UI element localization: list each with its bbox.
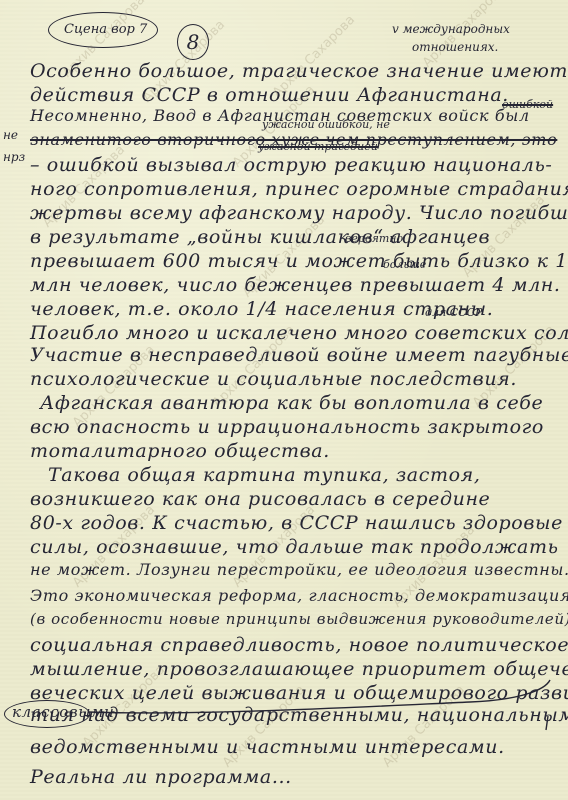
text-line: всю опасность и иррациональность закрыто… [30,418,544,437]
text-line: Участие в несправедливой войне имеет паг… [30,346,568,365]
text-line: социальная справедливость, новое политич… [30,636,568,655]
text-line: мышление, провозглашающее приоритет обще… [30,660,568,679]
text-line: Реальна ли программа... [30,768,292,787]
text-line: веческих целей выживания и общемирового … [30,684,568,703]
page-number: 8 [177,24,209,60]
manuscript-page: Архив Сахарова Архив Сахарова Архив Саха… [0,0,568,800]
text-line: Особенно большое, трагическое значение и… [30,62,568,81]
text-line: 80-х годов. К счастью, в СССР нашлись зд… [30,514,563,533]
text-line: Погибло много и искалечено много советск… [30,324,568,343]
text-line: в результате „войны кишлаков“ афганцев [30,228,490,247]
text-line: действия СССР в отношении Афганистана. [30,86,509,105]
text-line: Несомненно, Ввод в Афганистан советских … [30,108,530,124]
text-line: психологические и социальные последствия… [30,370,517,389]
text-line: – ошибкой вызывал острую реакцию национа… [30,156,552,175]
margin-note: не [3,128,18,142]
text-line: превышает 600 тысяч и может быть близко … [30,252,568,271]
text-line: не может. Лозунги перестройки, ее идеоло… [30,562,568,578]
text-line: возникшего как она рисовалась в середине [30,490,490,509]
circled-word: классовыми [12,705,114,720]
text-line: млн человек, число беженцев превышает 4 … [30,276,561,295]
text-line: тоталитарного общества. [30,442,330,461]
text-line: Это экономическая реформа, гласность, де… [30,588,568,604]
text-line: силы, осознавшие, что дальше так продолж… [30,538,559,557]
margin-note: нрз [3,150,25,164]
text-line: Афганская авантюра как бы воплотила в се… [40,394,543,413]
text-line: ного сопротивления, принес огромные стра… [30,180,568,199]
oval-note-text: Сцена вор 7 [64,22,147,37]
top-right-note: отношениях. [412,40,498,54]
text-line: человек, т.е. около 1/4 населения страны… [30,300,493,319]
text-line: ведомственными и частными интересами. [30,738,505,757]
top-right-note: v международных [392,22,510,36]
text-line: жертвы всему афганскому народу. Число по… [30,204,568,223]
text-line: (в особенности новые принципы выдвижения… [30,612,568,627]
text-line: знаменитого вторичного хуже чем преступл… [30,132,557,148]
text-line: Такова общая картина тупика, застоя, [48,466,480,485]
